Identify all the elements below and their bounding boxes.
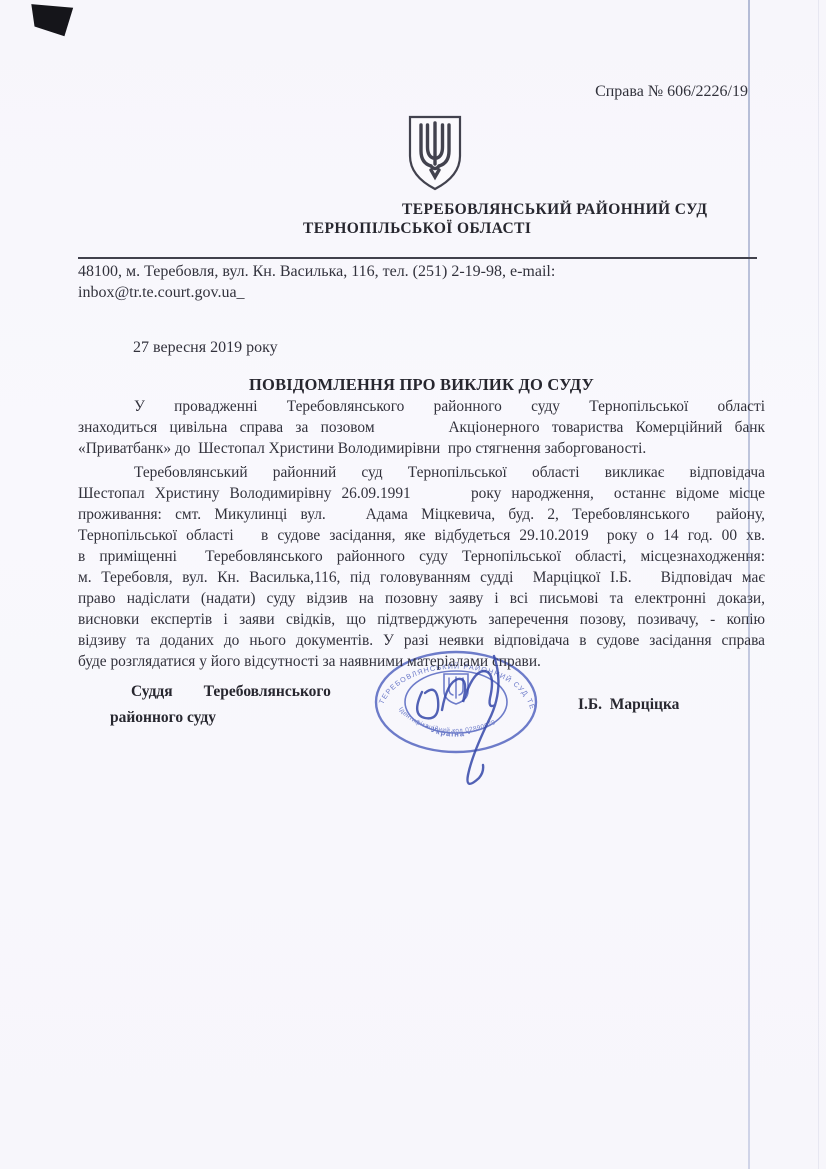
court-name-line1: ТЕРЕБОВЛЯНСЬКИЙ РАЙОННИЙ СУД [402, 201, 707, 219]
case-number: Справа № 606/2226/19 [595, 83, 748, 101]
judge-name: І.Б. Марціцка [578, 696, 679, 714]
court-address: 48100, м. Теребовля, вул. Кн. Василька, … [78, 261, 698, 303]
paragraph-1: У провадженні Теребовлянського районного… [78, 396, 765, 459]
body-line: знаходиться цивільна справа за позовом А… [78, 417, 765, 438]
body-line: Шестопал Христину Володимирівну 26.09.19… [78, 483, 765, 504]
signature-role-line1: Суддя Теребовлянського [131, 683, 331, 701]
address-line2: inbox@tr.te.court.gov.ua_ [78, 284, 245, 301]
court-name-line2: ТЕРНОПІЛЬСЬКОЇ ОБЛАСТІ [303, 220, 531, 238]
body-line: проживання: смт. Микулинці вул. Адама Мі… [78, 504, 765, 525]
scanned-court-document: Справа № 606/2226/19 ТЕРЕБОВЛЯНСЬКИЙ РАЙ… [0, 0, 826, 1169]
body-line: в приміщенні Теребовлянського районного … [78, 546, 765, 567]
document-title: ПОВІДОМЛЕННЯ ПРО ВИКЛИК ДО СУДУ [78, 375, 765, 395]
document-date: 27 вересня 2019 року [133, 339, 278, 357]
body-line: висновки експертів і заяви свідків, що п… [78, 609, 765, 630]
judge-signature-scribble [404, 648, 534, 788]
body-line: «Приватбанк» до Шестопал Христини Володи… [78, 438, 765, 459]
body-line: м. Теребовля, вул. Кн. Василька,116, під… [78, 567, 765, 588]
header-divider [78, 257, 757, 259]
scan-corner-artifact [29, 2, 75, 38]
ukraine-trident-emblem [406, 114, 464, 192]
body-line: У провадженні Теребовлянського районного… [78, 396, 765, 417]
body-line: Тернопільської області в судове засіданн… [78, 525, 765, 546]
signature-role-line2: районного суду [110, 709, 216, 727]
body-line: Теребовлянський районний суд Тернопільсь… [78, 462, 765, 483]
body-line: право надіслати (надати) суду відзив на … [78, 588, 765, 609]
paragraph-2: Теребовлянський районний суд Тернопільсь… [78, 462, 765, 672]
address-line1: 48100, м. Теребовля, вул. Кн. Василька, … [78, 263, 555, 280]
scan-edge-line-faint [818, 0, 819, 1169]
